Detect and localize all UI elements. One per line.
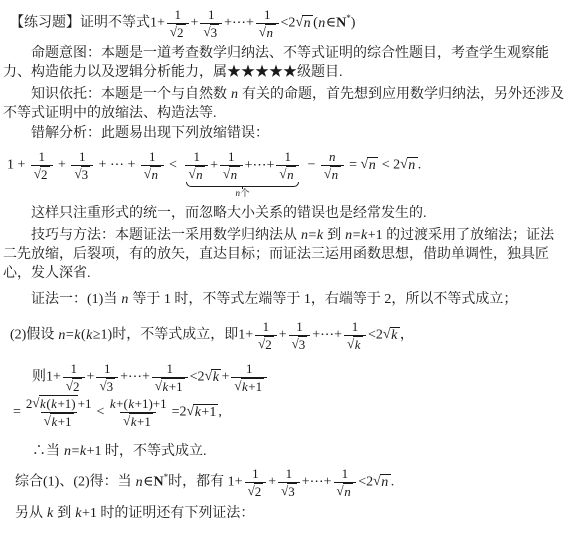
fraction: n√n — [321, 149, 344, 182]
sqrt-radical: √k — [347, 337, 363, 352]
fraction: 1√k+1 — [152, 361, 188, 394]
proof1-hypothesis-formula: (2)假设 n=k(k≥1)时，不等式成立，即1+1√2+1√3+⋯+1√k<2… — [10, 319, 566, 352]
fraction: k+(k+1)+1√k+1 — [106, 396, 169, 429]
sqrt-radical: √n — [259, 25, 276, 40]
fraction: 1√n — [141, 149, 164, 182]
proof1-then-formula: 则1+1√2+1√3+⋯+1√k+1<2√k+1√k+1 — [32, 361, 566, 394]
sqrt-radical: √3 — [99, 379, 115, 394]
fraction: 1√2 — [255, 319, 277, 352]
fraction: 1√n — [185, 149, 208, 182]
fraction: 1√3 — [71, 149, 93, 182]
sqrt-radical: √n — [279, 167, 296, 182]
sqrt-radical: √k(k+1) — [32, 396, 77, 411]
exercise-title: 【练习题】证明不等式1+1√2+1√3+⋯+1√n<2√n(n∈N*) — [10, 7, 566, 40]
fraction: 1√2 — [31, 149, 53, 182]
sqrt-radical: √n — [295, 16, 313, 31]
other-proofs-line: 另从 k 到 k+1 时的证明还有下列证法： — [15, 504, 566, 523]
sqrt-radical: √n — [361, 158, 379, 173]
intent-paragraph: 命题意图：本题是一道考查数学归纳法、不等式证明的综合性题目，考查学生观察能力、构… — [3, 44, 566, 82]
sqrt-radical: √n — [337, 484, 354, 499]
sqrt-radical: √k — [205, 370, 222, 385]
fraction: 1√k+1 — [231, 361, 267, 394]
sqrt-radical: √n — [144, 167, 161, 182]
sqrt-radical: √3 — [74, 167, 90, 182]
sqrt-radical: √k+1 — [234, 379, 264, 394]
summary-formula-line: 综合(1)、(2)得：当 n∈N*时，都有 1+1√2+1√3+⋯+1√n<2√… — [15, 466, 566, 499]
error-scaling-formula: 1 + 1√2 + 1√3 + ⋯ + 1√n < 1√n+1√n+⋯+1√nn… — [7, 149, 566, 198]
fraction: 1√n — [276, 149, 299, 182]
fraction: 2√k(k+1)+1√k+1 — [23, 396, 95, 429]
sqrt-radical: √n — [188, 167, 205, 182]
fraction: 1√2 — [245, 466, 267, 499]
sqrt-radical: √2 — [34, 167, 50, 182]
sqrt-radical: √n — [373, 475, 391, 490]
error-analysis-paragraph: 错解分析：此题易出现下列放缩错误： — [3, 124, 566, 143]
technique-paragraph: 技巧与方法：本题证法一采用数学归纳法从 n=k 到 n=k+1 的过渡采用了放缩… — [3, 226, 566, 283]
fraction: 1√n — [220, 149, 243, 182]
sqrt-radical: √2 — [258, 337, 274, 352]
sqrt-radical: √2 — [170, 25, 186, 40]
sqrt-radical: √k+1 — [123, 414, 153, 429]
sqrt-radical: √2 — [248, 484, 264, 499]
sqrt-radical: √k — [383, 328, 400, 343]
fraction: 1√k — [344, 319, 366, 352]
fraction: 1√3 — [200, 7, 222, 40]
sqrt-radical: √n — [400, 158, 418, 173]
sqrt-radical: √3 — [203, 25, 219, 40]
sqrt-radical: √3 — [281, 484, 297, 499]
document-page: 【练习题】证明不等式1+1√2+1√3+⋯+1√n<2√n(n∈N*) 命题意图… — [0, 0, 570, 523]
form-unity-paragraph: 这样只注重形式的统一，而忽略大小关系的错误也是经常发生的. — [3, 204, 566, 223]
fraction: 1√2 — [167, 7, 189, 40]
fraction: 1√3 — [278, 466, 300, 499]
sqrt-radical: √n — [223, 167, 240, 182]
fraction: 1√3 — [96, 361, 118, 394]
fraction: 1√n — [256, 7, 279, 40]
sqrt-radical: √k+1 — [155, 379, 185, 394]
sqrt-radical: √2 — [66, 379, 82, 394]
sqrt-radical: √3 — [292, 337, 308, 352]
fraction: 1√3 — [289, 319, 311, 352]
proof1-step1-line: 证法一：(1)当 n 等于 1 时，不等式左端等于 1，右端等于 2，所以不等式… — [3, 290, 566, 309]
knowledge-paragraph: 知识依托：本题是一个与自然数 n 有关的命题，首先想到应用数学归纳法，另外还涉及… — [3, 85, 566, 123]
sqrt-radical: √n — [324, 167, 341, 182]
underbrace-group: 1√n+1√n+⋯+1√nn个 — [183, 149, 301, 182]
fraction: 1√2 — [63, 361, 85, 394]
proof1-conclusion-line: ∴当 n=k+1 时，不等式成立. — [32, 442, 566, 461]
sqrt-radical: √k+1 — [187, 405, 219, 420]
sqrt-radical: √k+1 — [44, 414, 74, 429]
proof1-derivation-formula: =2√k(k+1)+1√k+1<k+(k+1)+1√k+1=2√k+1, — [13, 396, 566, 429]
fraction: 1√n — [334, 466, 357, 499]
